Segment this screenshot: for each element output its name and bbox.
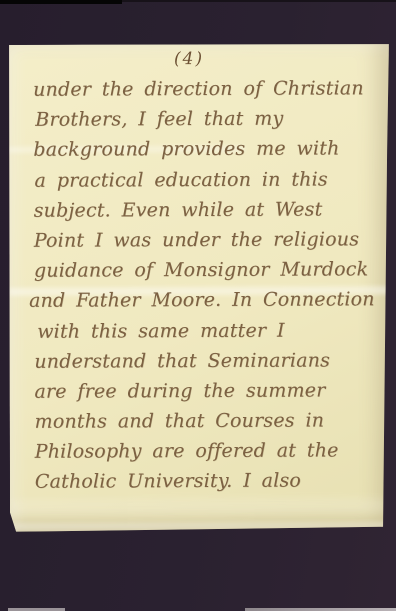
scan-edge-artifact-top-left [0,0,122,4]
scan-streak [10,521,391,531]
letter-body: under the direction of Christian Brother… [33,77,383,501]
handwritten-line: Philosophy are offered at the [35,439,383,471]
page-number: (4) [174,49,204,69]
handwritten-line: with this same matter I [34,319,382,351]
handwritten-line: months and that Courses in [35,409,383,441]
handwritten-line: subject. Even while at West [34,198,382,230]
handwritten-line: Catholic University. I also [35,470,383,502]
handwritten-line: and Father Moore. In Connection [29,289,382,321]
handwritten-line: understand that Seminarians [34,349,382,381]
scanned-letter-page: (4) under the direction of Christian Bro… [0,0,396,611]
handwritten-line: background provides me with [33,138,381,170]
handwritten-line: a practical education in this [33,168,381,200]
handwritten-line: are free during the summer [34,379,382,411]
handwritten-line: guidance of Monsignor Murdock [34,258,382,290]
handwritten-line: Brothers, I feel that my [33,107,381,139]
letter-paper: (4) under the direction of Christian Bro… [8,43,391,532]
handwritten-line: Point I was under the religious [34,228,382,260]
handwritten-line: under the direction of Christian [33,77,381,109]
